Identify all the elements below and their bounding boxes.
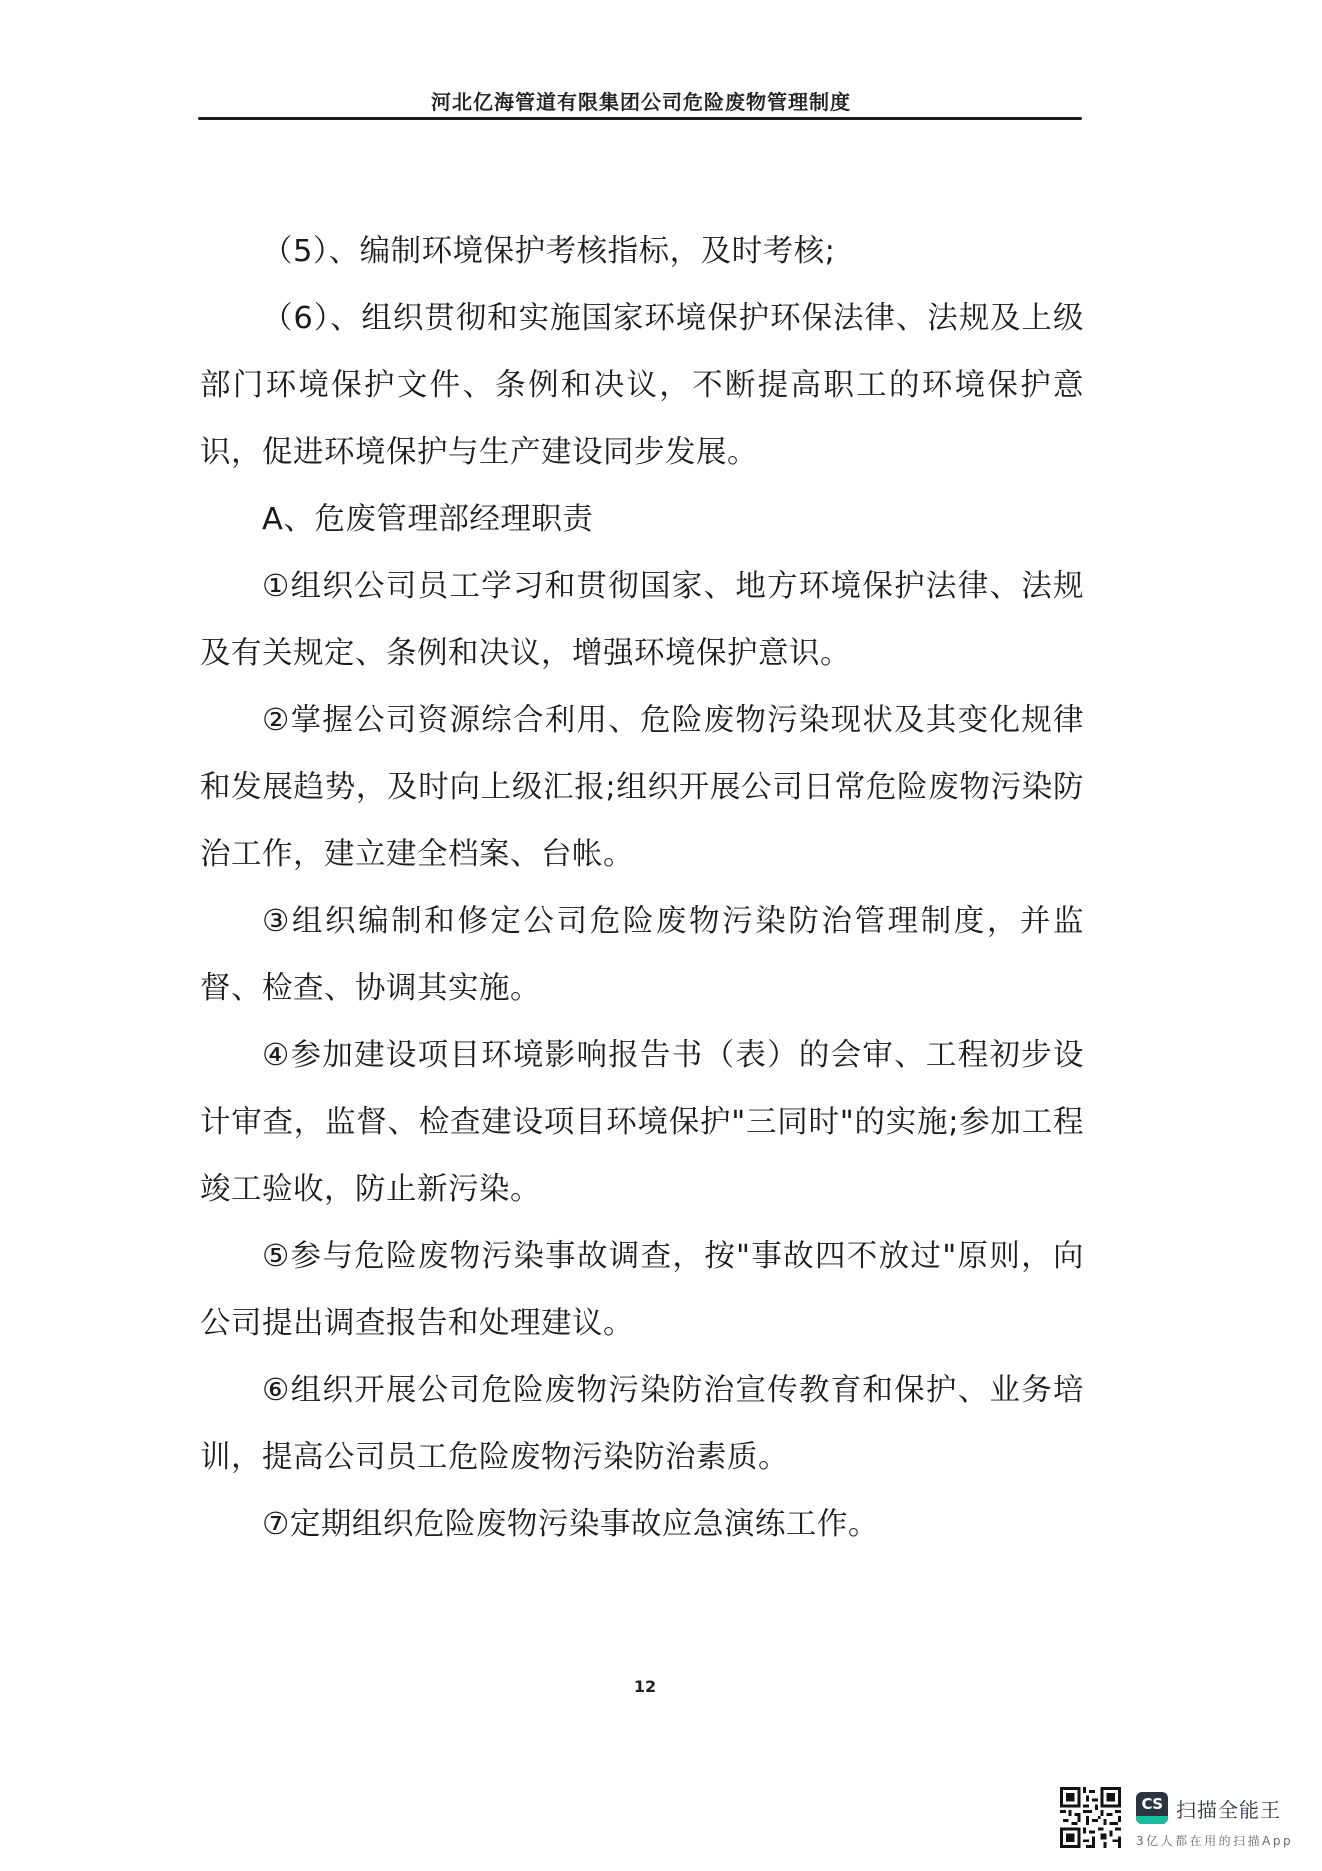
document-body: （5）、编制环境保护考核指标，及时考核; （6）、组织贯彻和实施国家环境保护环保… — [200, 218, 1084, 1558]
paragraph-duty-7: ⑦定期组织危险废物污染事故应急演练工作。 — [200, 1491, 1084, 1558]
qr-code-icon — [1060, 1787, 1121, 1848]
document-header-title: 河北亿海管道有限集团公司危险废物管理制度 — [200, 86, 1082, 115]
logo-text: CS — [1136, 1795, 1168, 1813]
paragraph-item-5: （5）、编制环境保护考核指标，及时考核; — [200, 218, 1084, 285]
paragraph-duty-2: ②掌握公司资源综合利用、危险废物污染现状及其变化规律和发展趋势，及时向上级汇报;… — [200, 687, 1084, 888]
camscanner-logo-icon: CS — [1136, 1792, 1168, 1824]
paragraph-duty-5: ⑤参与危险废物污染事故调查，按"事故四不放过"原则，向公司提出调查报告和处理建议… — [200, 1223, 1084, 1357]
paragraph-duty-6: ⑥组织开展公司危险废物污染防治宣传教育和保护、业务培训，提高公司员工危险废物污染… — [200, 1357, 1084, 1491]
paragraph-duty-1: ①组织公司员工学习和贯彻国家、地方环境保护法律、法规及有关规定、条例和决议，增强… — [200, 553, 1084, 687]
paragraph-duty-4: ④参加建设项目环境影响报告书（表）的会审、工程初步设计审查，监督、检查建设项目环… — [200, 1022, 1084, 1223]
app-name: 扫描全能王 — [1176, 1794, 1281, 1823]
section-title-a: A、危废管理部经理职责 — [200, 486, 1084, 553]
page-number: 12 — [600, 1677, 690, 1696]
paragraph-duty-3: ③组织编制和修定公司危险废物污染防治管理制度，并监督、检查、协调其实施。 — [200, 888, 1084, 1022]
camscanner-watermark: CS 扫描全能王 3亿人都在用的扫描App — [1060, 1784, 1322, 1864]
header-divider — [198, 117, 1082, 120]
logo-accent-bar — [1136, 1816, 1168, 1824]
paragraph-item-6: （6）、组织贯彻和实施国家环境保护环保法律、法规及上级部门环境保护文件、条例和决… — [200, 285, 1084, 486]
app-slogan: 3亿人都在用的扫描App — [1136, 1832, 1293, 1849]
